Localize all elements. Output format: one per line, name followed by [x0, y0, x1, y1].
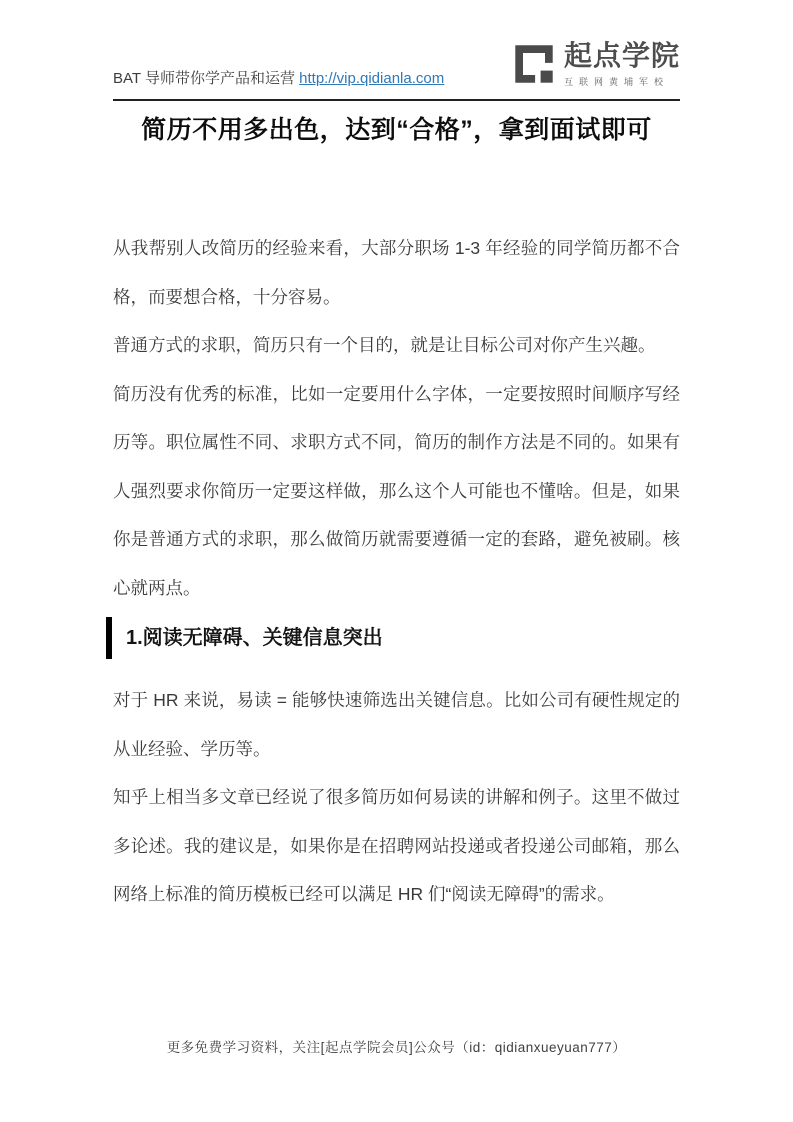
page-header: BAT 导师带你学产品和运营 http://vip.qidianla.com 起… — [113, 42, 680, 101]
document-page: BAT 导师带你学产品和运营 http://vip.qidianla.com 起… — [0, 0, 793, 1122]
section-1-paragraph-1: 对于 HR 来说，易读 = 能够快速筛选出关键信息。比如公司有硬性规定的从业经验… — [113, 676, 680, 773]
qidian-bracket-q-icon — [512, 42, 556, 91]
paragraph-2: 普通方式的求职，简历只有一个目的，就是让目标公司对你产生兴趣。 — [113, 321, 680, 370]
logo-slogan: 互联网黄埔军校 — [564, 75, 680, 88]
logo-name: 起点学院 — [564, 42, 680, 70]
article-title: 简历不用多出色，达到“合格”，拿到面试即可 — [0, 110, 793, 146]
header-tagline: BAT 导师带你学产品和运营 http://vip.qidianla.com — [113, 69, 444, 91]
header-tagline-text: BAT 导师带你学产品和运营 — [113, 70, 295, 87]
page-footer: 更多免费学习资料，关注[起点学院会员]公众号（id：qidianxueyuan7… — [0, 1036, 793, 1056]
paragraph-3: 简历没有优秀的标准，比如一定要用什么字体，一定要按照时间顺序写经历等。职位属性不… — [113, 370, 680, 613]
section-1-paragraph-2: 知乎上相当多文章已经说了很多简历如何易读的讲解和例子。这里不做过多论述。我的建议… — [113, 773, 680, 919]
logo-text-block: 起点学院 互联网黄埔军校 — [564, 42, 680, 88]
header-link[interactable]: http://vip.qidianla.com — [299, 70, 444, 87]
paragraph-1: 从我帮别人改简历的经验来看，大部分职场 1-3 年经验的同学简历都不合格，而要想… — [113, 224, 680, 321]
section-1-heading: 1.阅读无障碍、关键信息突出 — [106, 617, 680, 659]
qidian-logo: 起点学院 互联网黄埔军校 — [512, 42, 680, 91]
article-body: 从我帮别人改简历的经验来看，大部分职场 1-3 年经验的同学简历都不合格，而要想… — [113, 224, 680, 919]
